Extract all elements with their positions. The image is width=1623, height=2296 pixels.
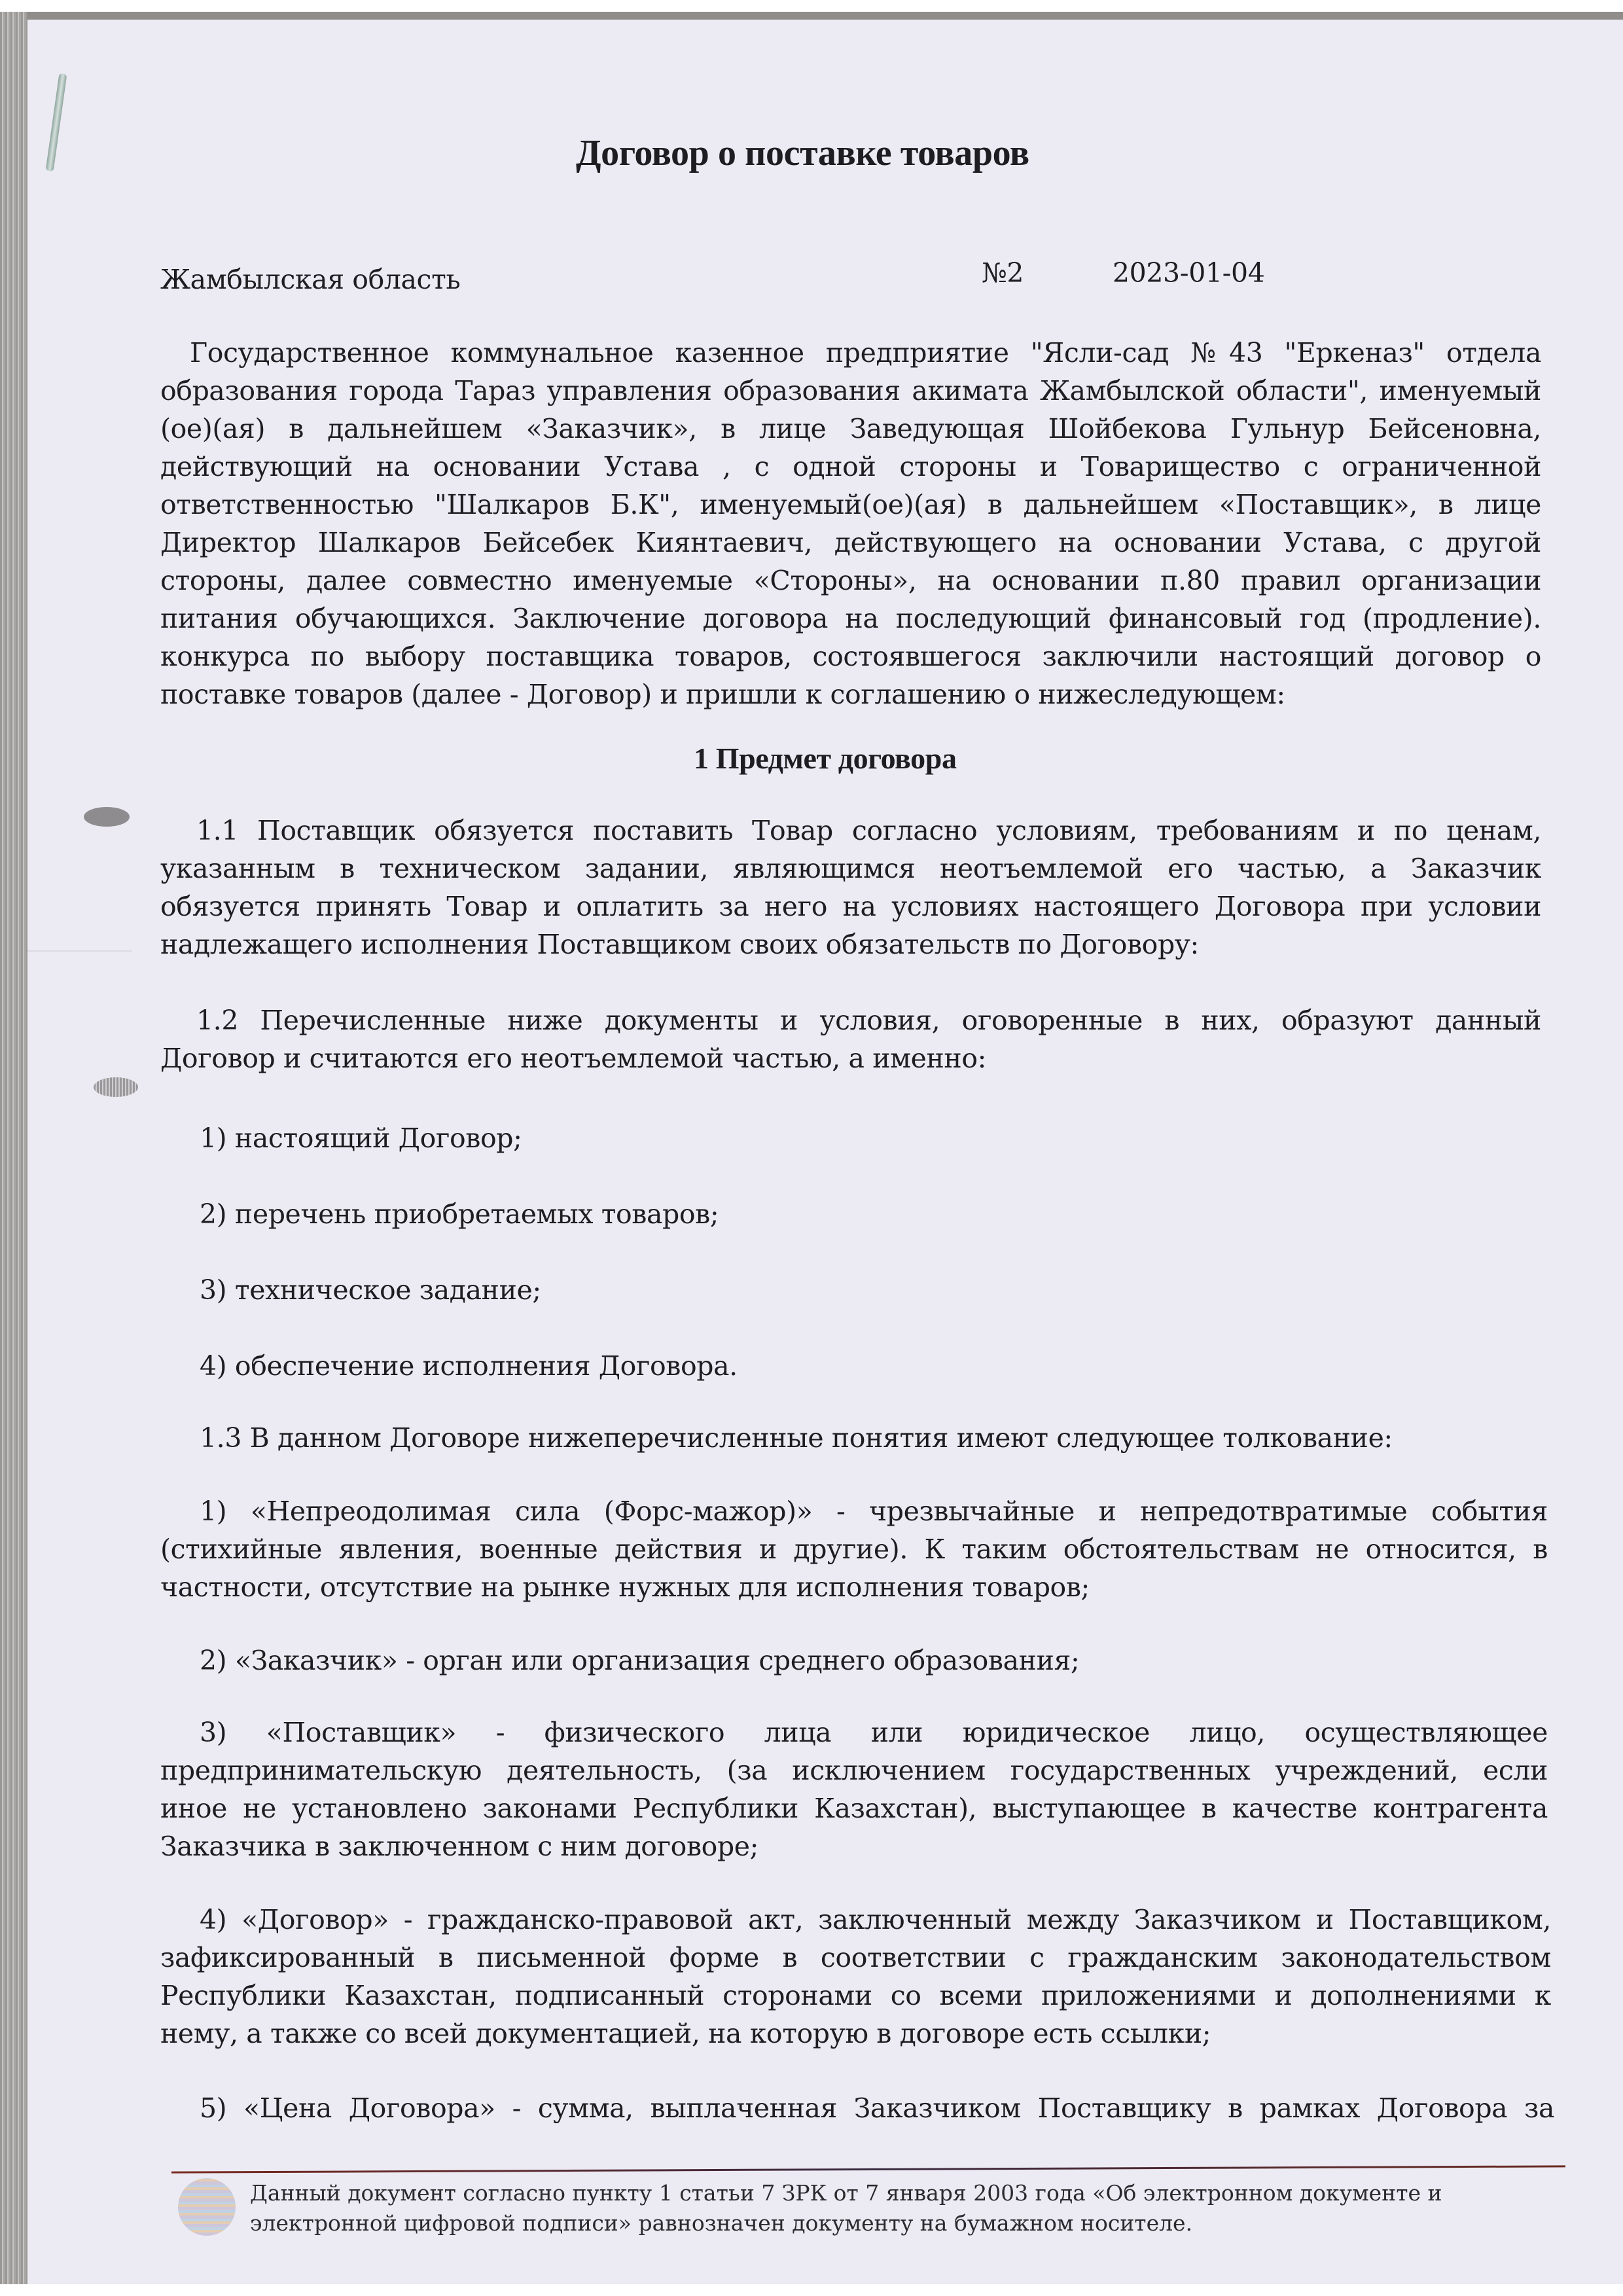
definition-customer: 2) «Заказчик» - орган или организация ср… (200, 1641, 1079, 1679)
list-item: 1) настоящий Договор; (200, 1119, 522, 1157)
fold-mark (27, 950, 132, 952)
text-line: иное не установлено законами Республики … (160, 1789, 1548, 1827)
list-item: 2) перечень приобретаемых товаров; (200, 1195, 719, 1233)
text-line: Директор Шалкаров Бейсебек Киянтаевич, д… (160, 524, 1541, 562)
text-line: предпринимательскую деятельность, (за ис… (160, 1751, 1548, 1789)
definition-contract-price: 5) «Цена Договора» - сумма, выплаченная … (200, 2089, 1554, 2127)
text-line: нему, а также со всей документацией, на … (160, 2015, 1211, 2053)
text-line: (ое)(ая) в дальнейшем «Заказчик», в лице… (160, 410, 1541, 448)
list-item: 3) техническое задание; (200, 1271, 541, 1309)
clause-1-3: 1.3 В данном Договоре нижеперечисленные … (200, 1419, 1393, 1457)
footer-legal-line: электронной цифровой подписи» равнозначе… (250, 2208, 1192, 2238)
text-line: 4) «Договор» - гражданско-правовой акт, … (200, 1901, 1551, 1939)
text-line: образования города Тараз управления обра… (160, 372, 1541, 410)
document-title: Договор о поставке товаров (576, 134, 1029, 172)
punch-hole-icon (94, 1077, 138, 1097)
section-heading: 1 Предмет договора (694, 740, 957, 778)
region-label: Жамбылская область (160, 260, 460, 298)
page-edge-shadow (0, 12, 27, 2284)
text-line: зафиксированный в письменной форме в соо… (160, 1939, 1551, 1977)
text-line: Заказчика в заключенном с ним договоре; (160, 1827, 758, 1865)
text-line: частности, отсутствие на рынке нужных дл… (160, 1568, 1090, 1606)
text-line: действующий на основании Устава , с одно… (160, 448, 1541, 486)
text-line: обязуется принять Товар и оплатить за не… (160, 888, 1541, 925)
text-line: поставке товаров (далее - Договор) и при… (160, 675, 1285, 713)
text-line: питания обучающихся. Заключение договора… (160, 600, 1541, 637)
text-line: ответственностью "Шалкаров Б.К", именуем… (160, 486, 1541, 524)
footer-legal-line: Данный документ согласно пункту 1 статьи… (250, 2178, 1442, 2208)
punch-hole-icon (84, 807, 130, 827)
text-line: 1) «Непреодолимая сила (Форс-мажор)» - ч… (200, 1492, 1548, 1530)
text-line: конкурса по выбору поставщика товаров, с… (160, 637, 1541, 675)
text-line: Договор и считаются его неотъемлемой час… (160, 1039, 986, 1077)
egov-logo-icon (178, 2178, 236, 2236)
list-item: 4) обеспечение исполнения Договора. (200, 1347, 738, 1385)
text-line: 3) «Поставщик» - физического лица или юр… (200, 1713, 1548, 1751)
text-line: указанным в техническом задании, являющи… (160, 850, 1541, 888)
text-line: стороны, далее совместно именуемые «Стор… (160, 562, 1541, 600)
text-line: (стихийные явления, военные действия и д… (160, 1530, 1548, 1568)
text-line: надлежащего исполнения Поставщиком своих… (160, 925, 1199, 963)
text-line: 1.1 Поставщик обязуется поставить Товар … (196, 812, 1541, 850)
contract-number: №2 (982, 254, 1024, 292)
text-line: Республики Казахстан, подписанный сторон… (160, 1977, 1551, 2015)
contract-date: 2023-01-04 (1113, 254, 1264, 292)
text-line: Государственное коммунальное казенное пр… (190, 334, 1541, 372)
text-line: 1.2 Перечисленные ниже документы и услов… (196, 1001, 1541, 1039)
